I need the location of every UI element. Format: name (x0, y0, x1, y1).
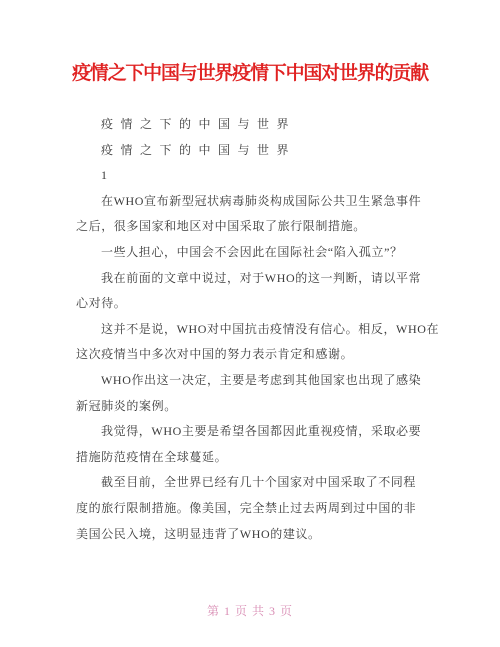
text-line: 新冠肺炎的案例。 (76, 394, 440, 420)
text-line: WHO作出这一决定，主要是考虑到其他国家也出现了感染 (76, 368, 440, 394)
text-line: 度的旅行限制措施。像美国，完全禁止过去两周到过中国的非 (76, 496, 440, 522)
document-body: 疫情之下的中国与世界疫情之下的中国与世界1在WHO宣布新型冠状病毒肺炎构成国际公… (76, 112, 440, 547)
text-line: 1 (76, 163, 440, 189)
text-line: 疫情之下的中国与世界 (76, 138, 440, 164)
text-line: 截至目前，全世界已经有几十个国家对中国采取了不同程 (76, 470, 440, 496)
document-page: 疫情之下中国与世界疫情下中国对世界的贡献 疫情之下的中国与世界疫情之下的中国与世… (0, 0, 500, 647)
text-line: 这并不是说，WHO对中国抗击疫情没有信心。相反，WHO在 (76, 317, 440, 343)
text-line: 措施防范疫情在全球蔓延。 (76, 445, 440, 471)
text-line: 我觉得，WHO主要是希望各国都因此重视疫情，采取必要 (76, 419, 440, 445)
text-line: 这次疫情当中多次对中国的努力表示肯定和感谢。 (76, 342, 440, 368)
text-line: 心对待。 (76, 291, 440, 317)
text-line: 美国公民入境，这明显违背了WHO的建议。 (76, 522, 440, 548)
text-line: 之后，很多国家和地区对中国采取了旅行限制措施。 (76, 214, 440, 240)
text-line: 疫情之下的中国与世界 (76, 112, 440, 138)
text-line: 我在前面的文章中说过，对于WHO的这一判断，请以平常 (76, 266, 440, 292)
page-number: 第 1 页 共 3 页 (0, 602, 500, 619)
text-line: 在WHO宣布新型冠状病毒肺炎构成国际公共卫生紧急事件 (76, 189, 440, 215)
page-title: 疫情之下中国与世界疫情下中国对世界的贡献 (0, 58, 500, 85)
text-line: 一些人担心，中国会不会因此在国际社会“陷入孤立”？ (76, 240, 440, 266)
